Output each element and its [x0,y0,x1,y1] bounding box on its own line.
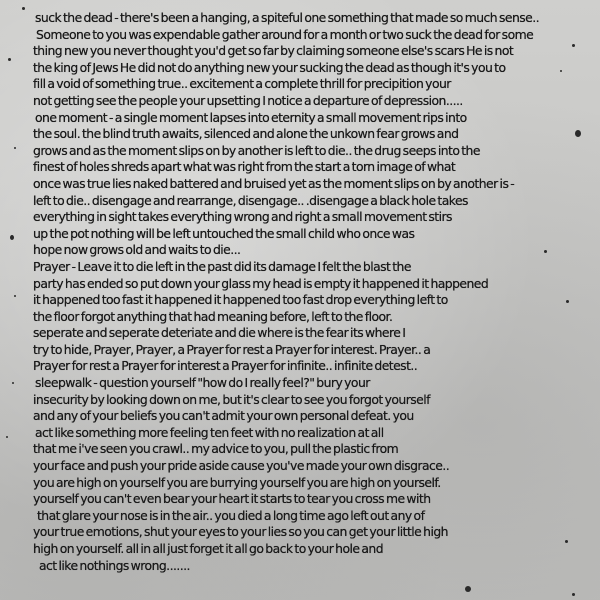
ink-speck [465,586,471,592]
text-line: that glare your nose is in the air.. you… [37,508,558,525]
handwritten-page: suck the dead - there's been a hanging, … [0,0,600,600]
text-line: the soul. the blind truth awaits, silenc… [33,126,558,143]
text-line: seperate and seperate deteriate and die … [33,325,558,342]
text-line: left to die.. disengage and rearrange, d… [33,193,558,210]
ink-speck [560,70,562,72]
text-line: act like something more feeling ten feet… [35,425,558,442]
text-line: finest of holes shreds apart what was ri… [33,159,558,176]
ink-speck [6,436,8,438]
ink-speck [8,58,11,61]
ink-speck [10,235,14,240]
text-line: it happened too fast it happened it happ… [33,292,558,309]
ink-speck [14,295,16,297]
text-line: fill a void of something true.. exciteme… [33,76,558,93]
text-line: suck the dead - there's been a hanging, … [35,10,558,27]
ink-speck [566,300,569,303]
text-line: once was true lies naked battered and br… [33,176,558,193]
text-line: one moment - a single moment lapses into… [35,110,558,127]
ink-speck [575,130,581,137]
text-line: Prayer - Leave it to die left in the pas… [33,259,558,276]
text-line: everything in sight takes everything wro… [33,209,558,226]
ink-speck [22,7,25,10]
text-line: you are high on yourself you are burryin… [33,475,558,492]
text-line: high on yourself. all in all just forget… [33,541,558,558]
text-line: yourself you can't even bear your heart … [33,491,558,508]
text-line: the floor forgot anything that had meani… [33,309,558,326]
text-line: and any of your beliefs you can't admit … [33,408,558,425]
text-line: sleepwalk - question yourself "how do I … [35,375,558,392]
ink-speck [12,382,14,384]
text-line: that me i've seen you crawl.. my advice … [33,441,558,458]
text-line: insecurity by looking down on me, but it… [33,392,558,409]
text-line: your true emotions, shut your eyes to yo… [33,524,558,541]
text-line: up the pot nothing will be left untouche… [33,226,558,243]
text-line: the king of Jews He did not do anything … [33,60,558,77]
text-line: your face and push your pride aside caus… [33,458,558,475]
text-line: Someone to you was expendable gather aro… [36,27,558,44]
ink-speck [572,593,575,596]
text-line: thing new you never thought you'd get so… [33,43,558,60]
ink-speck [14,147,16,149]
text-line: try to hide, Prayer, Prayer, a Prayer fo… [33,342,558,359]
lyrics-text-block: suck the dead - there's been a hanging, … [33,10,558,574]
text-line: not getting see the people your upsettin… [33,93,558,110]
text-line: hope now grows old and waits to die... [33,242,558,259]
text-line: act like nothings wrong....... [39,558,558,575]
ink-speck [565,540,568,543]
text-line: Prayer for rest a Prayer for interest a … [33,358,558,375]
text-line: party has ended so put down your glass m… [33,276,558,293]
ink-speck [572,44,575,47]
text-line: grows and as the moment slips on by anot… [33,143,558,160]
